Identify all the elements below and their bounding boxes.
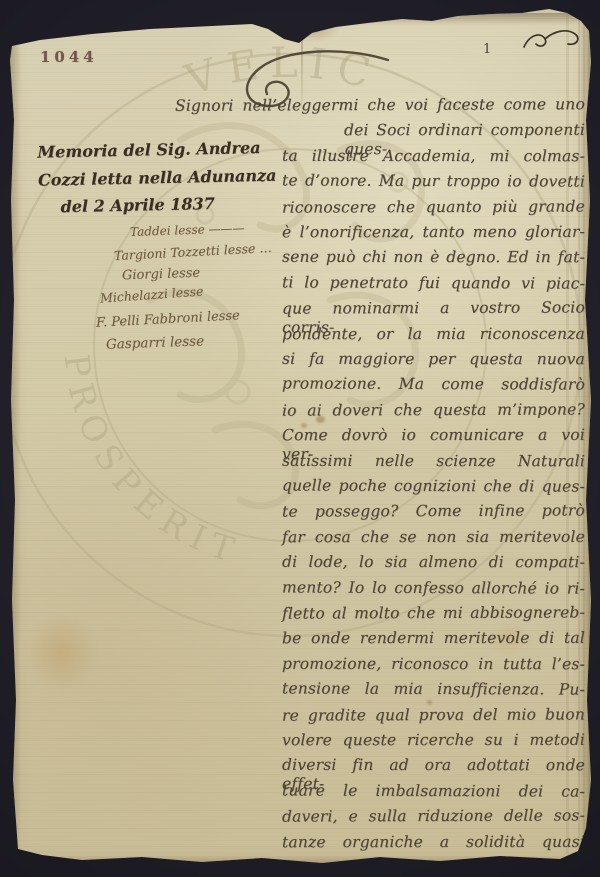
manuscript-line: è l’onorificenza, tanto meno gloriar-: [282, 223, 585, 245]
manuscript-line: promozione. Ma come soddisfarò: [282, 375, 585, 398]
manuscript-line: fletto al molto che mi abbisognereb-: [282, 603, 585, 626]
manuscript-line: si fa maggiore per questa nuova: [282, 350, 585, 372]
manuscript-line: pondente, or la mia riconoscenza: [282, 324, 585, 346]
manuscript-line: di lode, lo sia almeno di compati-: [282, 553, 585, 575]
margin-note-line: del 2 Aprile 1837: [38, 188, 295, 221]
page-number: 1: [483, 42, 491, 57]
paper-sheet: VELIC PROSPERIT 10: [0, 0, 600, 877]
manuscript-line: io ai doveri che questa m’impone?: [282, 400, 585, 423]
svg-text:PROSPERIT: PROSPERIT: [56, 352, 247, 573]
scanned-manuscript-page: VELIC PROSPERIT 10: [0, 0, 600, 877]
manuscript-line: riconoscere che quanto più grande: [282, 197, 585, 220]
signature-line: Giorgi lesse: [122, 267, 200, 283]
manuscript-line: que nominarmi a vostro Socio corris-: [282, 299, 585, 322]
manuscript-line: ti lo penetrato fui quando vi piac-: [282, 273, 585, 296]
manuscript-line: ta illustre Accademia, mi colmas-: [282, 147, 585, 169]
corner-flourish-mark: [520, 25, 584, 57]
manuscript-line: daveri, e sulla riduzione delle sos-: [282, 807, 585, 830]
manuscript-line: Signori nell’eleggermi che voi faceste c…: [175, 95, 585, 119]
manuscript-line: promozione, riconosco in tutta l’es-: [282, 655, 585, 677]
manuscript-line: tensione la mia insufficienza. Pu-: [282, 680, 585, 703]
manuscript-line: satissimi nelle scienze Naturali: [282, 451, 585, 473]
manuscript-line: dei Soci ordinari componenti ques-: [344, 121, 585, 143]
manuscript-line: Come dovrò io comunicare a voi ver-: [282, 426, 585, 448]
watermark-left-text: PROSPERIT: [56, 352, 247, 573]
manuscript-line: volere queste ricerche su i metodi: [282, 731, 585, 753]
manuscript-line: te d’onore. Ma pur troppo io dovetti: [282, 172, 585, 195]
manuscript-line: re gradite qual prova del mio buon: [282, 705, 585, 728]
archive-number-stamp: 1044: [40, 48, 98, 66]
margin-note: Memoria del Sig. Andrea Cozzi letta nell…: [37, 133, 295, 221]
manuscript-line: tuare le imbalsamazioni dei ca-: [282, 781, 585, 804]
manuscript-line: tanze organiche a solidità quasi: [282, 832, 585, 854]
manuscript-line: diversi fin ad ora adottati onde effet-: [282, 756, 585, 778]
margin-note-line: Cozzi letta nella Adunanza: [38, 161, 295, 194]
manuscript-line: mento? Io lo confesso allorché io ri-: [282, 578, 585, 601]
manuscript-line: far cosa che se non sia meritevole: [282, 528, 585, 550]
signature-line: Gasparri lesse: [106, 335, 205, 352]
signature-line: Taddei lesse ———: [130, 222, 245, 238]
manuscript-line: sene può chi non è degno. Ed in fat-: [282, 248, 585, 270]
manuscript-line: te posseggo? Come infine potrò: [282, 502, 585, 525]
manuscript-line: be onde rendermi meritevole di tal: [282, 629, 585, 651]
manuscript-line: quelle poche cognizioni che di ques-: [282, 476, 585, 499]
